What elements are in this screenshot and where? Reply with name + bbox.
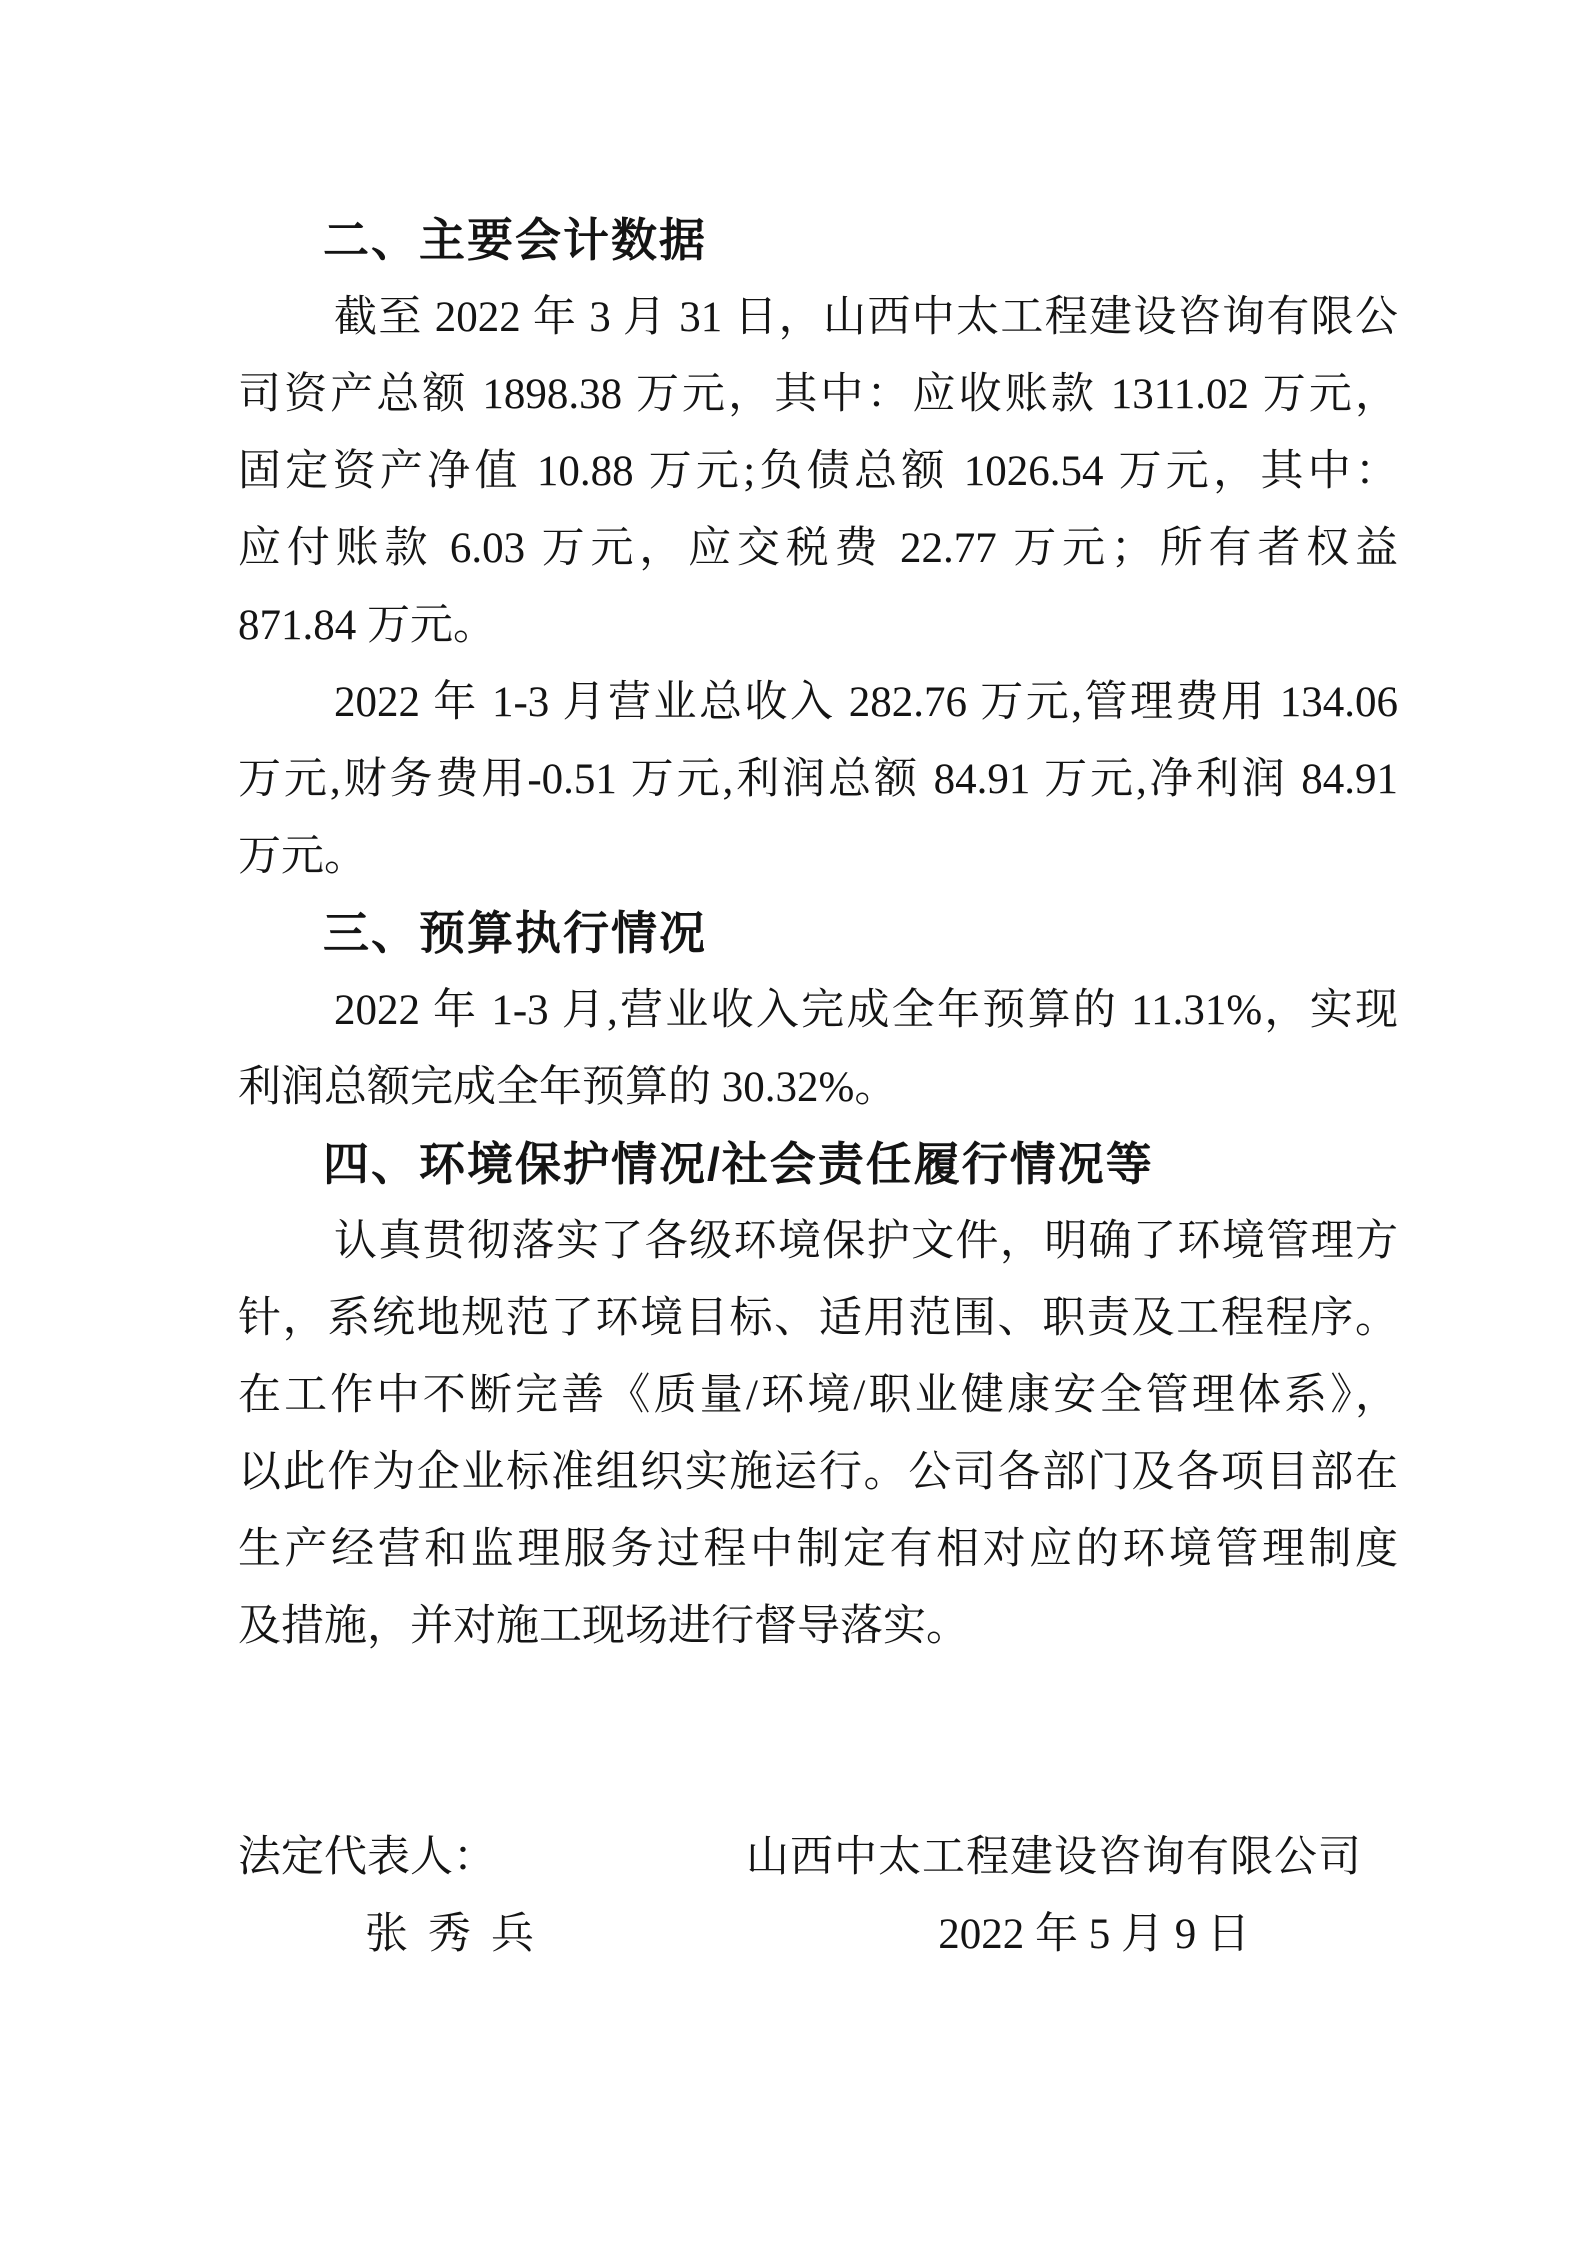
paragraph-line: 万元,财务费用-0.51 万元,利润总额 84.91 万元,净利润 84.91 <box>238 741 1398 818</box>
paragraph-line: 司资产总额 1898.38 万元，其中：应收账款 1311.02 万元， <box>238 356 1398 433</box>
paragraph-line: 固定资产净值 10.88 万元;负债总额 1026.54 万元，其中： <box>238 433 1398 510</box>
paragraph-line: 2022 年 1-3 月营业总收入 282.76 万元,管理费用 134.06 <box>238 664 1398 741</box>
signature-row: 法定代表人： 山西中太工程建设咨询有限公司 <box>238 1819 1398 1896</box>
legal-rep-label: 法定代表人： <box>238 1819 496 1896</box>
signature-row: 张秀兵 2022 年 5 月 9 日 <box>238 1896 1398 1973</box>
paragraph-line: 认真贯彻落实了各级环境保护文件，明确了环境管理方 <box>238 1203 1398 1280</box>
signature-block: 法定代表人： 山西中太工程建设咨询有限公司 张秀兵 2022 年 5 月 9 日 <box>238 1819 1398 1973</box>
paragraph-line: 在工作中不断完善《质量/环境/职业健康安全管理体系》， <box>238 1357 1398 1434</box>
section-heading-budget-execution: 三、预算执行情况 <box>238 895 1398 972</box>
report-body: 二、主要会计数据 截至 2022 年 3 月 31 日，山西中太工程建设咨询有限… <box>238 202 1398 1973</box>
paragraph-line: 针，系统地规范了环境目标、适用范围、职责及工程程序。 <box>238 1280 1398 1357</box>
report-date: 2022 年 5 月 9 日 <box>938 1896 1250 1973</box>
paragraph-line: 应付账款 6.03 万元，应交税费 22.77 万元；所有者权益 <box>238 510 1398 587</box>
paragraph-line: 2022 年 1-3 月,营业收入完成全年预算的 11.31%，实现 <box>238 972 1398 1049</box>
paragraph-line: 万元。 <box>238 818 1398 895</box>
section-heading-accounting-data: 二、主要会计数据 <box>238 202 1398 279</box>
paragraph-line: 利润总额完成全年预算的 30.32%。 <box>238 1049 1398 1126</box>
paragraph-line: 871.84 万元。 <box>238 587 1398 664</box>
company-name: 山西中太工程建设咨询有限公司 <box>746 1819 1362 1896</box>
document-page: 二、主要会计数据 截至 2022 年 3 月 31 日，山西中太工程建设咨询有限… <box>0 0 1587 2245</box>
section-heading-environment-social: 四、环境保护情况/社会责任履行情况等 <box>238 1126 1398 1203</box>
paragraph-line: 及措施，并对施工现场进行督导落实。 <box>238 1588 1398 1665</box>
legal-rep-name: 张秀兵 <box>365 1896 554 1973</box>
paragraph-line: 截至 2022 年 3 月 31 日，山西中太工程建设咨询有限公 <box>238 279 1398 356</box>
paragraph-line: 以此作为企业标准组织实施运行。公司各部门及各项目部在 <box>238 1434 1398 1511</box>
paragraph-line: 生产经营和监理服务过程中制定有相对应的环境管理制度 <box>238 1511 1398 1588</box>
